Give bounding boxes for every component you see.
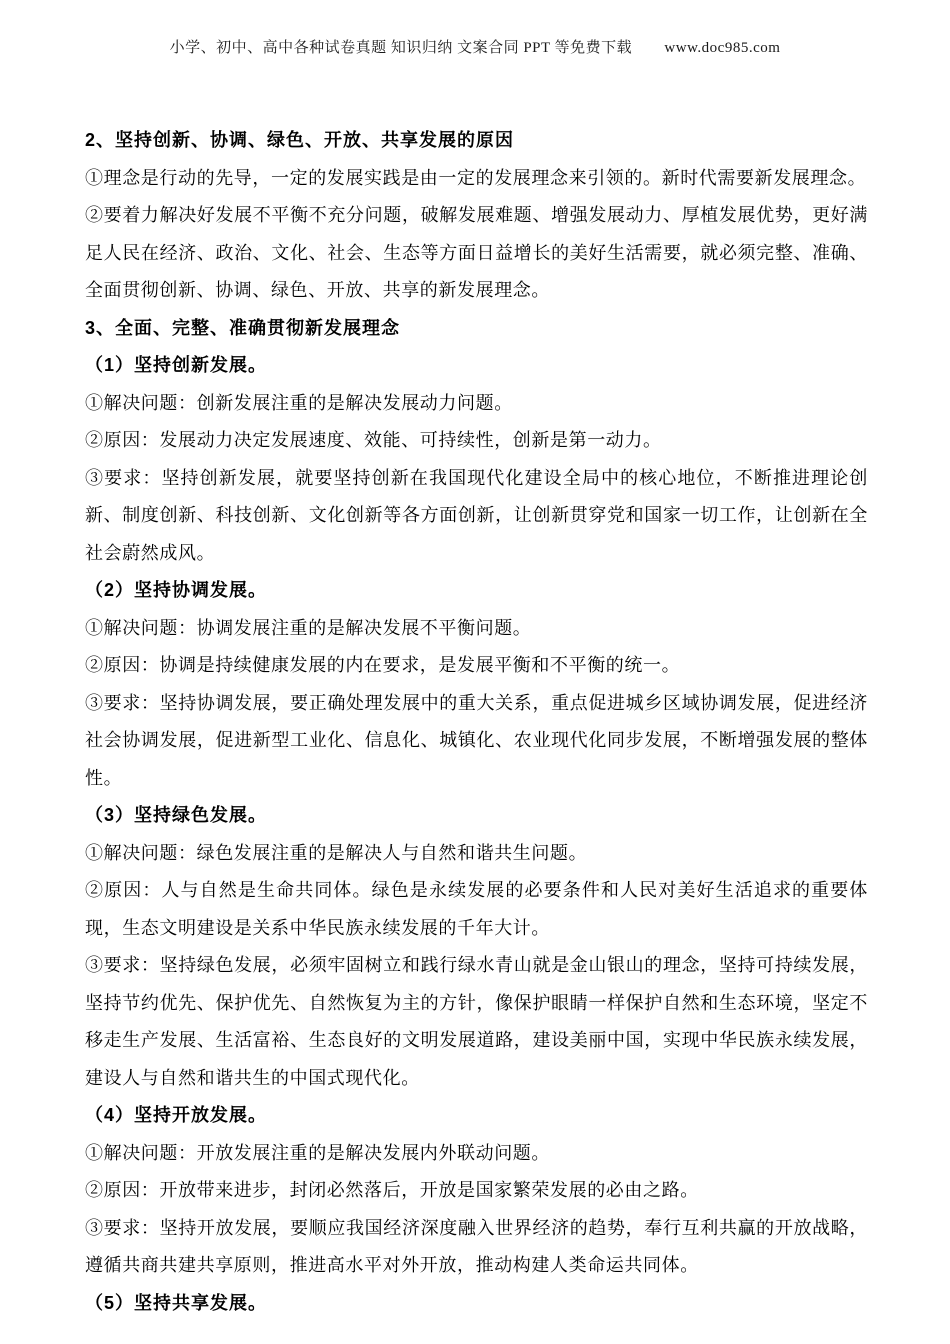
paragraph: ③要求：坚持创新发展，就要坚持创新在我国现代化建设全局中的核心地位，不断推进理论… <box>85 460 868 573</box>
section-heading: （1）坚持创新发展。 <box>85 347 868 385</box>
section-heading: 3、全面、完整、准确贯彻新发展理念 <box>85 310 868 348</box>
paragraph: ②要着力解决好发展不平衡不充分问题，破解发展难题、增强发展动力、厚植发展优势，更… <box>85 197 868 310</box>
paragraph: ①解决问题：协调发展注重的是解决发展不平衡问题。 <box>85 610 868 648</box>
paragraph: ②原因：发展动力决定发展速度、效能、可持续性，创新是第一动力。 <box>85 422 868 460</box>
site-header: 小学、初中、高中各种试卷真题 知识归纳 文案合同 PPT 等免费下载 www.d… <box>0 36 950 57</box>
section-heading: （2）坚持协调发展。 <box>85 572 868 610</box>
paragraph: ②原因：开放带来进步，封闭必然落后，开放是国家繁荣发展的必由之路。 <box>85 1172 868 1210</box>
paragraph: ②原因：人与自然是生命共同体。绿色是永续发展的必要条件和人民对美好生活追求的重要… <box>85 872 868 947</box>
site-header-text: 小学、初中、高中各种试卷真题 知识归纳 文案合同 PPT 等免费下载 <box>170 40 633 56</box>
section-heading: 2、坚持创新、协调、绿色、开放、共享发展的原因 <box>85 122 868 160</box>
paragraph: ③要求：坚持开放发展，要顺应我国经济深度融入世界经济的趋势，奉行互利共赢的开放战… <box>85 1210 868 1285</box>
paragraph: ①理念是行动的先导，一定的发展实践是由一定的发展理念来引领的。新时代需要新发展理… <box>85 160 868 198</box>
paragraph: ①解决问题：开放发展注重的是解决发展内外联动问题。 <box>85 1135 868 1173</box>
paragraph: ①解决问题：绿色发展注重的是解决人与自然和谐共生问题。 <box>85 835 868 873</box>
document-body: 2、坚持创新、协调、绿色、开放、共享发展的原因①理念是行动的先导，一定的发展实践… <box>85 122 868 1322</box>
paragraph: ①解决问题：创新发展注重的是解决发展动力问题。 <box>85 385 868 423</box>
section-heading: （3）坚持绿色发展。 <box>85 797 868 835</box>
section-heading: （4）坚持开放发展。 <box>85 1097 868 1135</box>
paragraph: ②原因：协调是持续健康发展的内在要求，是发展平衡和不平衡的统一。 <box>85 647 868 685</box>
paragraph: ③要求：坚持协调发展，要正确处理发展中的重大关系，重点促进城乡区域协调发展，促进… <box>85 685 868 798</box>
document-page: 小学、初中、高中各种试卷真题 知识归纳 文案合同 PPT 等免费下载 www.d… <box>0 0 950 1344</box>
section-heading: （5）坚持共享发展。 <box>85 1285 868 1323</box>
paragraph: ③要求：坚持绿色发展，必须牢固树立和践行绿水青山就是金山银山的理念，坚持可持续发… <box>85 947 868 1097</box>
site-url-link[interactable]: www.doc985.com <box>664 40 780 56</box>
